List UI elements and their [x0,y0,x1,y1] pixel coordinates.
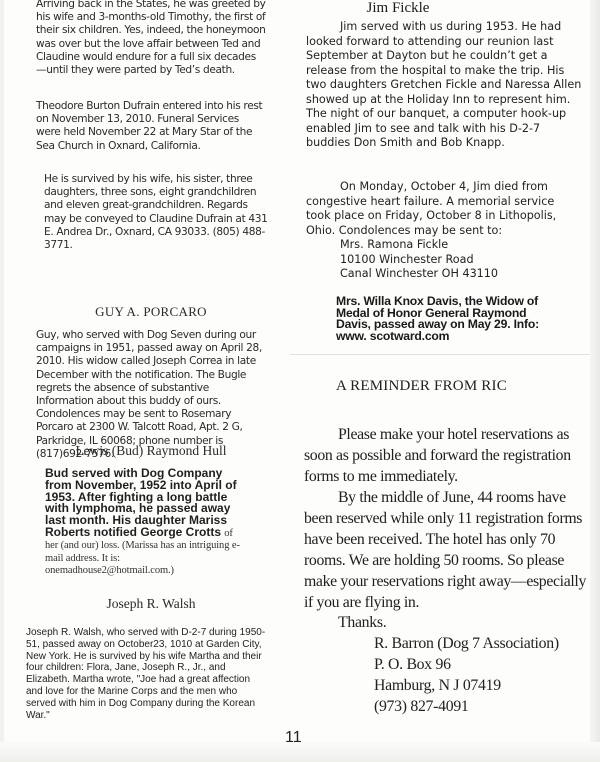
reminder-heading: A REMINDER FROM RIC [336,378,507,395]
newsletter-page: Arriving back in the States, he was gree… [0,0,600,762]
dufrain-paragraph-2: Theodore Burton Dufrain entered into his… [36,100,266,153]
fickle-paragraph-2: On Monday, October 4, Jim died from cong… [306,180,582,238]
dufrain-paragraph-1: Arriving back in the States, he was gree… [36,0,266,77]
signature-line: Hamburg, N J 07419 [304,675,594,696]
fickle-address-line: 10100 Winchester Road [306,253,582,268]
reminder-paragraph-2: By the middle of June, 44 rooms have bee… [304,487,586,613]
hull-body-bold: Bud served with Dog Company from Novembe… [45,466,237,539]
walsh-body: Joseph R. Walsh, who served with D-2-7 d… [26,627,266,721]
section-divider [290,354,590,355]
fickle-heading: Jim Fickle [306,0,490,17]
reminder-body: Please make your hotel reservations as s… [304,424,586,613]
fickle-address-line: Canal Winchester OH 43110 [306,267,582,282]
dufrain-paragraph-3: He is survived by his wife, his sister, … [44,173,268,252]
hull-body: Bud served with Dog Company from Novembe… [45,468,245,577]
reminder-paragraph-1: Please make your hotel reservations as s… [304,424,586,487]
reminder-signature: Thanks. R. Barron (Dog 7 Association) P.… [304,612,594,717]
davis-notice: Mrs. Willa Knox Davis, the Widow of Meda… [336,296,541,342]
closing-text: Thanks. [304,612,594,633]
page-number: 11 [285,729,302,747]
fickle-paragraph-1: Jim served with us during 1953. He had l… [306,20,582,151]
walsh-heading: Joseph R. Walsh [36,596,266,612]
signature-line: P. O. Box 96 [304,654,594,675]
signature-line: R. Barron (Dog 7 Association) [304,633,594,654]
fickle-address-line: Mrs. Ramona Fickle [306,238,582,253]
page-edge-shadow [0,0,4,762]
porcaro-heading: GUY A. PORCARO [36,304,266,320]
signature-line: (973) 827-4091 [304,696,594,717]
porcaro-body: Guy, who served with Dog Seven during ou… [36,329,266,461]
hull-heading: Lewis (Bud) Raymond Hull [36,443,266,459]
fickle-paragraph-2-block: On Monday, October 4, Jim died from cong… [306,180,582,282]
